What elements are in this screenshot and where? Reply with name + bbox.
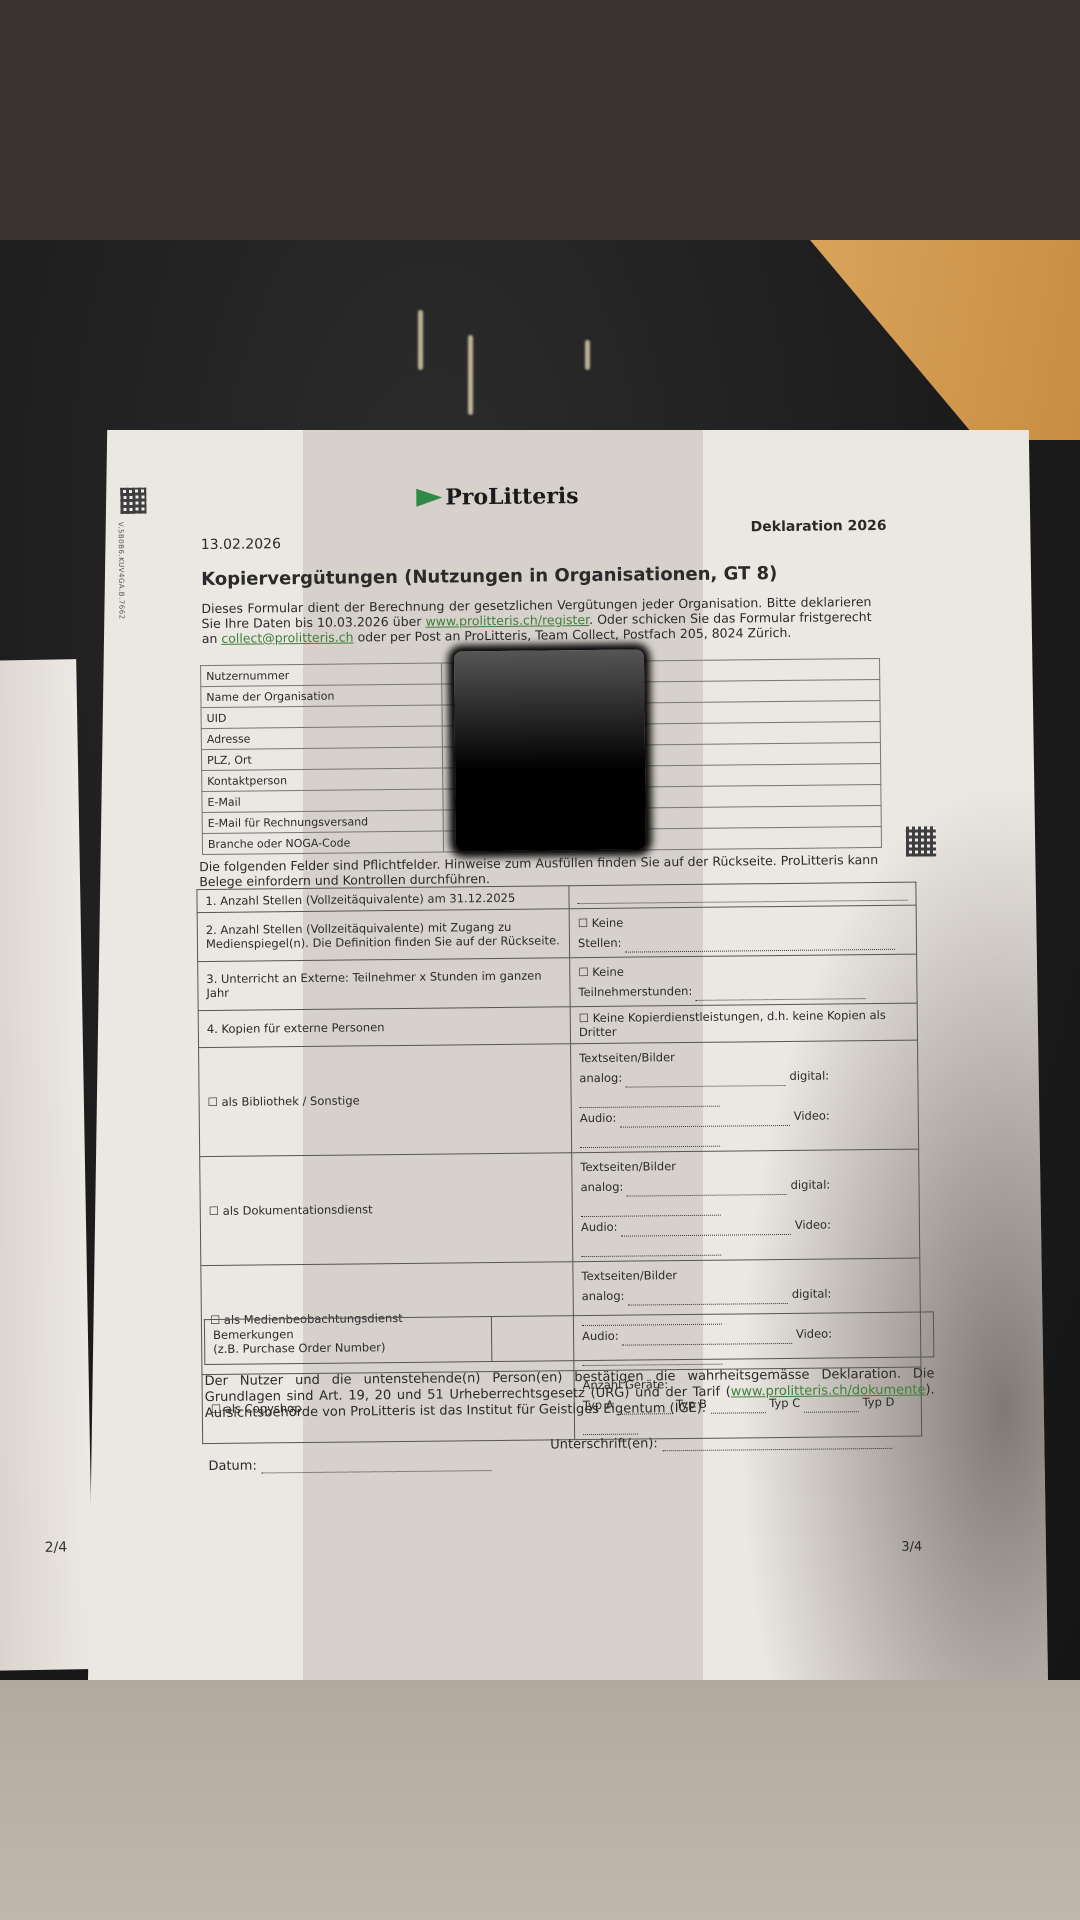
date-line: Datum: [208, 1456, 491, 1474]
page-number: 3/4 [901, 1540, 922, 1555]
no-copy-services-label: Keine Kopierdienstleistungen, d.h. keine… [579, 1008, 886, 1039]
participant-hours-label: Teilnehmerstunden: [578, 984, 692, 999]
digital-label: digital: [792, 1286, 832, 1300]
analog-field[interactable] [626, 1085, 786, 1088]
remarks-hint: (z.B. Purchase Order Number) [213, 1339, 483, 1356]
document-date: 13.02.2026 [201, 536, 281, 553]
intro-paragraph: Dieses Formular dient der Berechnung der… [201, 594, 871, 646]
info-label: E-Mail für Rechnungsversand [202, 810, 443, 834]
video-field[interactable] [580, 1146, 720, 1148]
date-label: Datum: [208, 1459, 257, 1475]
table-row: 2. Anzahl Stellen (Vollzeitäquivalente) … [197, 905, 916, 962]
prolitteris-logo: ProLitteris [416, 483, 579, 511]
checkbox[interactable]: ☐ [208, 1095, 218, 1109]
analog-label: analog: [582, 1289, 625, 1303]
info-label: Nutzernummer [201, 663, 442, 687]
remarks-label-cell: Bemerkungen (z.B. Purchase Order Number) [204, 1317, 491, 1365]
checkbox[interactable]: ☐ [209, 1204, 219, 1218]
logo-triangle-icon [416, 489, 442, 507]
table-row: 3. Unterricht an Externe: Teilnehmer x S… [198, 954, 917, 1011]
video-label: Video: [794, 1108, 830, 1122]
participant-hours-field[interactable] [696, 998, 866, 1001]
previous-page-sheet: 2/4 [0, 659, 94, 1671]
datamatrix-code-right [906, 826, 936, 856]
audio-field[interactable] [621, 1234, 791, 1237]
stellen-field[interactable] [625, 949, 895, 953]
stellen-label: Stellen: [578, 936, 622, 950]
copy-type-row: ☐ als DokumentationsdienstTextseiten/Bil… [200, 1149, 920, 1266]
datamatrix-code [120, 488, 146, 514]
info-label: PLZ, Ort [201, 747, 442, 771]
digital-label: digital: [789, 1069, 829, 1083]
remarks-table: Bemerkungen (z.B. Purchase Order Number) [204, 1311, 934, 1365]
info-label: Adresse [201, 726, 442, 750]
checkbox[interactable]: ☐ [578, 916, 588, 930]
copy-type-option: ☐ als Dokumentationsdienst [200, 1153, 573, 1266]
left-page-number: 2/4 [45, 1539, 68, 1555]
register-link[interactable]: www.prolitteris.ch/register [425, 612, 589, 629]
video-field[interactable] [581, 1255, 721, 1257]
checkbox[interactable]: ☐ [579, 1011, 589, 1025]
copy-type-label: als Dokumentationsdienst [223, 1202, 373, 1218]
info-label: Kontaktperson [202, 768, 443, 792]
video-label: Video: [795, 1217, 831, 1231]
light-reflection [585, 340, 590, 370]
none-label: Keine [592, 965, 624, 979]
checkbox[interactable]: ☐ [578, 965, 588, 979]
analog-field[interactable] [628, 1303, 788, 1306]
dotted-line [578, 900, 908, 904]
audio-label: Audio: [580, 1111, 617, 1125]
question-3-answer: ☐ Keine Teilnehmerstunden: [570, 954, 917, 1007]
info-label: Branche oder NOGA-Code [202, 831, 443, 855]
signature-label: Unterschrift(en): [550, 1436, 658, 1452]
digital-label: digital: [791, 1177, 831, 1191]
info-label: E-Mail [202, 789, 443, 813]
redaction-box [454, 649, 646, 851]
light-reflection [418, 310, 423, 370]
declaration-year: Deklaration 2026 [751, 518, 887, 535]
info-label: UID [201, 705, 442, 729]
question-4: 4. Kopien für externe Personen [198, 1007, 570, 1048]
bottom-letterbox [0, 1680, 1080, 1920]
photo: 2/4 V.5B0B6.KUV4GA.B.7662 ProLitteris 13… [0, 240, 1080, 1680]
copy-type-fields: Textseiten/Bilderanalog: digital: Audio:… [572, 1149, 920, 1262]
video-field[interactable] [582, 1364, 722, 1366]
info-label: Name der Organisation [201, 684, 442, 708]
logo-text: ProLitteris [445, 483, 579, 510]
top-letterbox [0, 0, 1080, 240]
audio-field[interactable] [620, 1125, 790, 1128]
copy-type-row: ☐ als Bibliothek / SonstigeTextseiten/Bi… [199, 1040, 919, 1157]
audio-label: Audio: [581, 1220, 618, 1234]
question-4-answer: ☐ Keine Kopierdienstleistungen, d.h. kei… [570, 1003, 917, 1044]
email-link[interactable]: collect@prolitteris.ch [221, 629, 353, 645]
question-2: 2. Anzahl Stellen (Vollzeitäquivalente) … [197, 909, 569, 962]
copy-type-option: ☐ als Bibliothek / Sonstige [199, 1044, 572, 1157]
copy-type-label: als Bibliothek / Sonstige [222, 1093, 360, 1108]
analog-label: analog: [579, 1071, 622, 1085]
light-reflection [468, 335, 473, 415]
confirmation-paragraph: Der Nutzer und die untenstehende(n) Pers… [204, 1366, 934, 1422]
analog-label: analog: [580, 1180, 623, 1194]
none-label: Keine [592, 916, 624, 930]
copy-type-fields: Textseiten/Bilderanalog: digital: Audio:… [571, 1040, 919, 1153]
wooden-board [810, 240, 1080, 440]
analog-field[interactable] [627, 1194, 787, 1197]
question-3: 3. Unterricht an Externe: Teilnehmer x S… [198, 958, 570, 1011]
documents-link[interactable]: www.prolitteris.ch/dokumente [731, 1383, 926, 1400]
device-type-field[interactable] [583, 1434, 638, 1436]
side-code: V.5B0B6.KUV4GA.B.7662 [117, 522, 126, 620]
remarks-field[interactable] [491, 1312, 933, 1362]
question-2-answer: ☐ Keine Stellen: [569, 905, 916, 958]
